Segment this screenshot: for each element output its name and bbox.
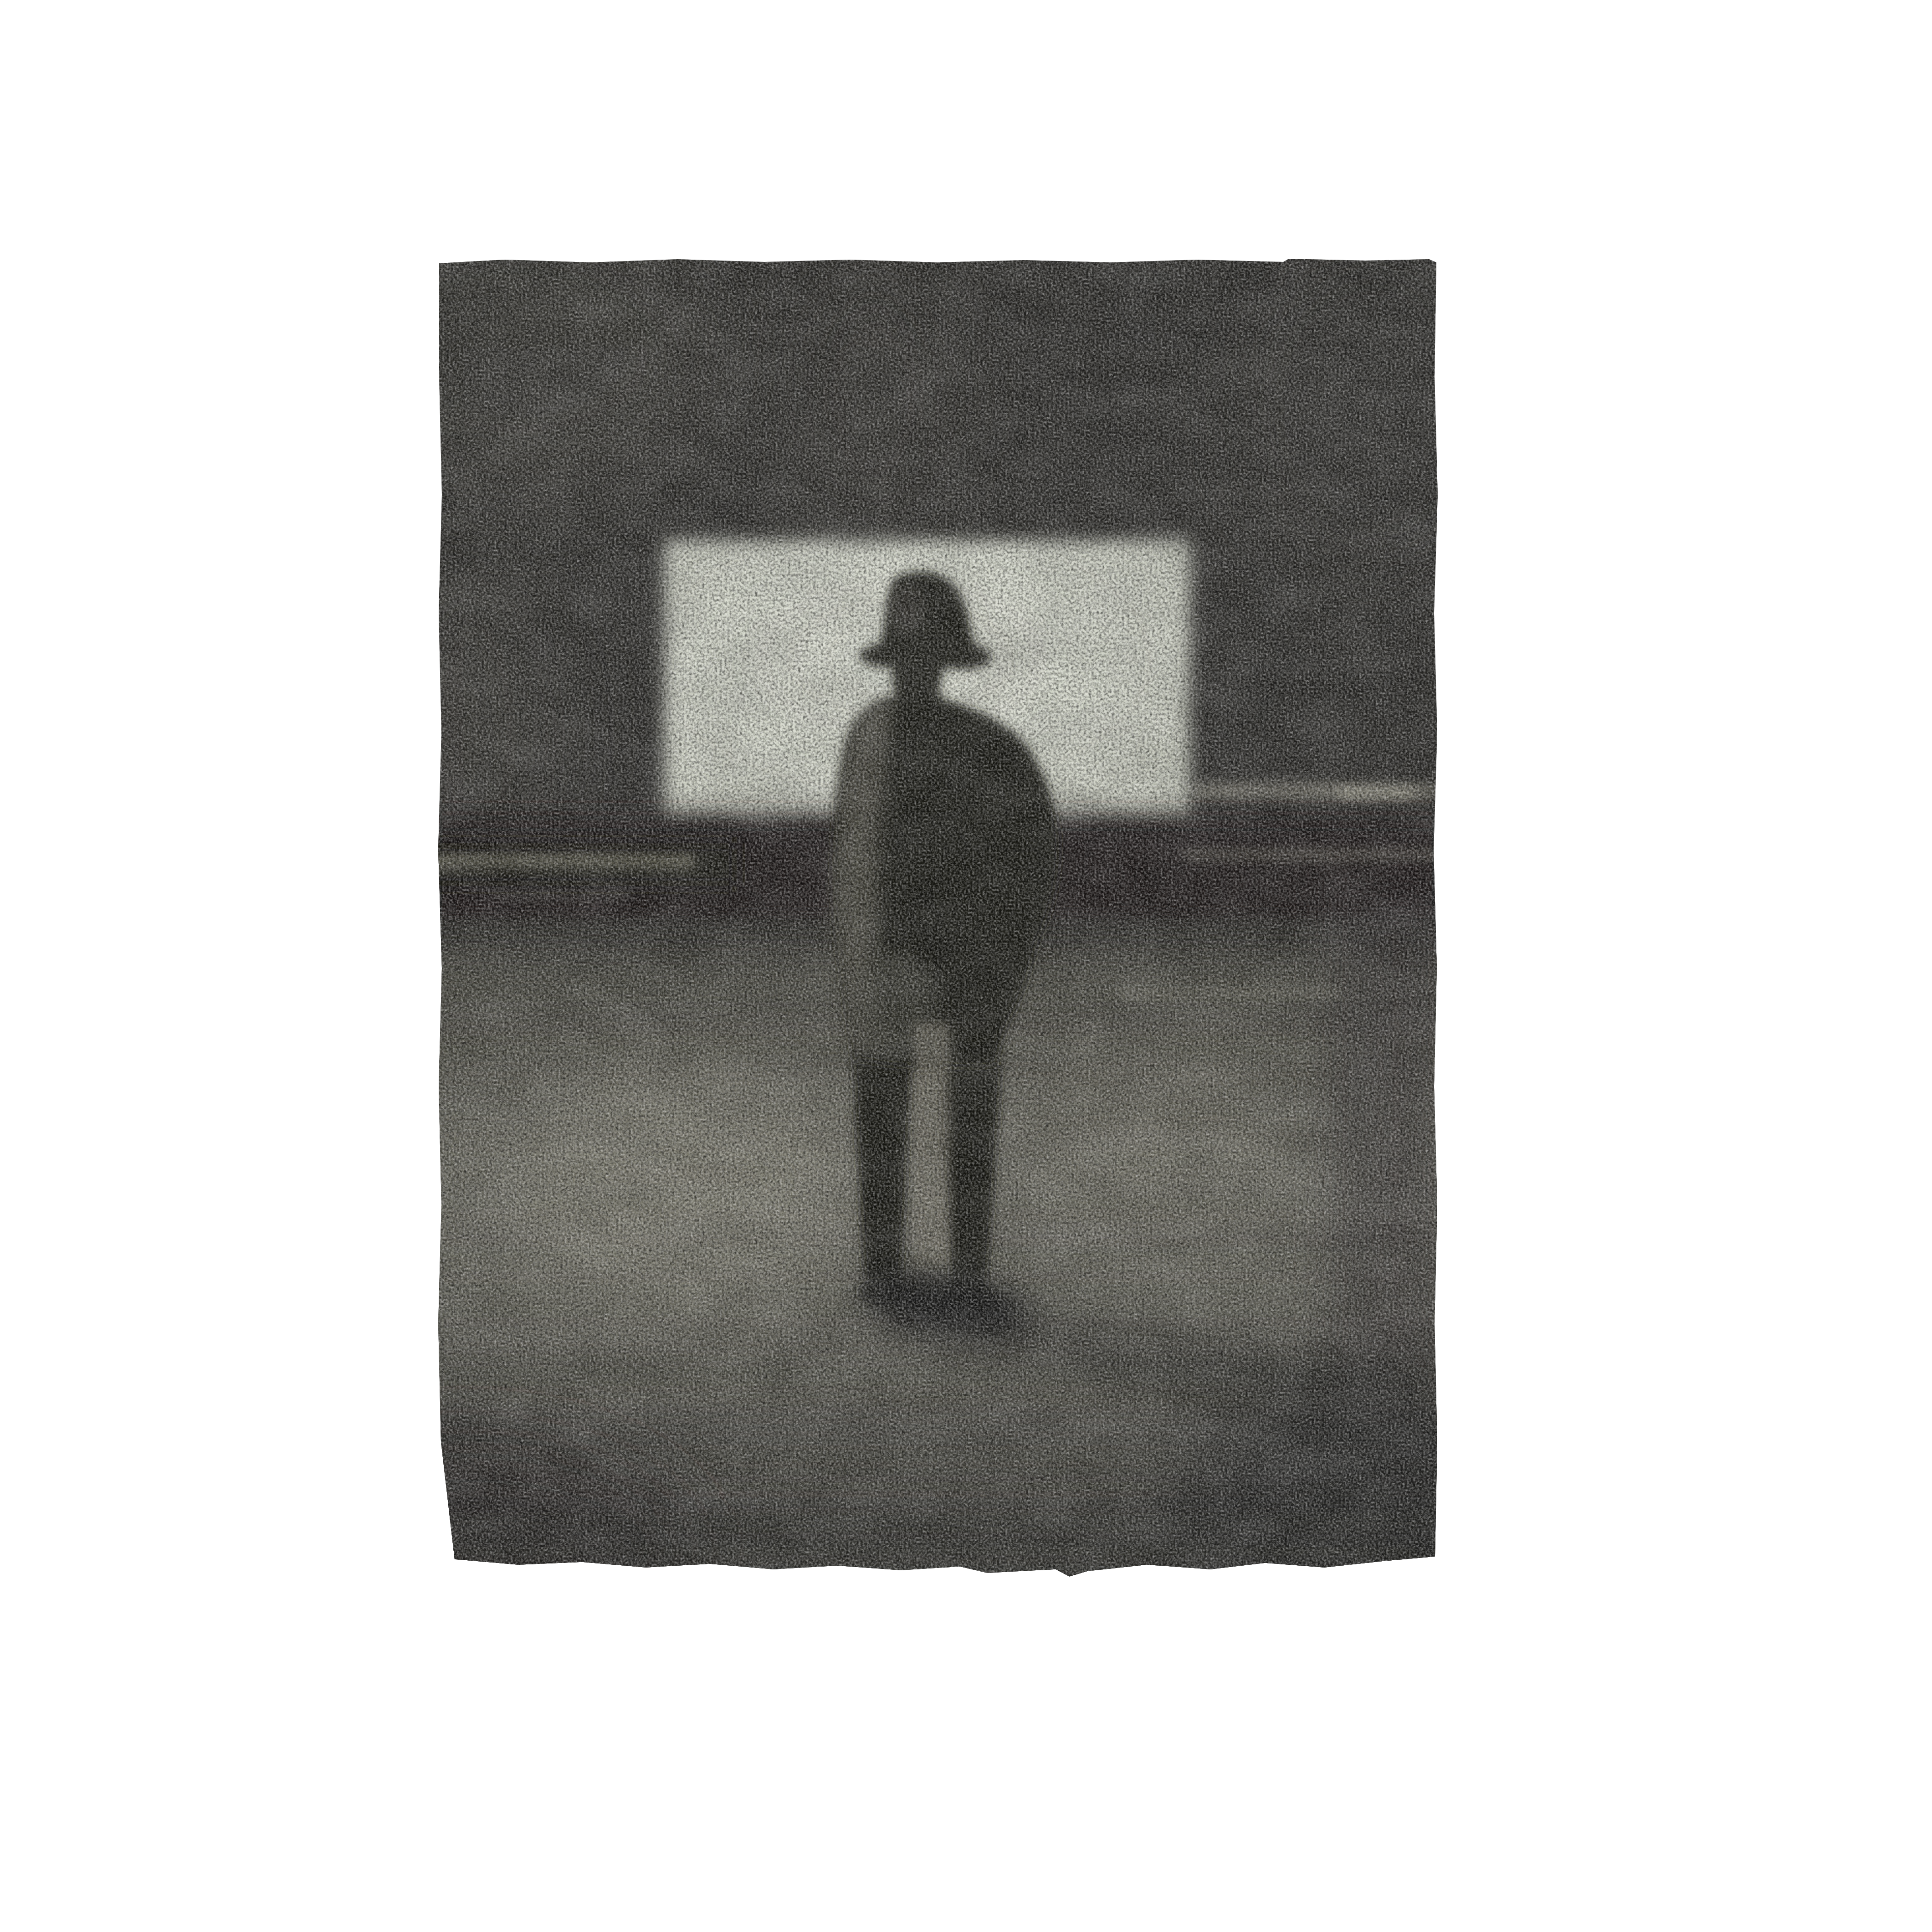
art-print [436, 258, 1438, 1578]
texture-grain-light [436, 258, 1438, 1578]
paper-background [0, 0, 1932, 1932]
print-image [436, 258, 1438, 1578]
